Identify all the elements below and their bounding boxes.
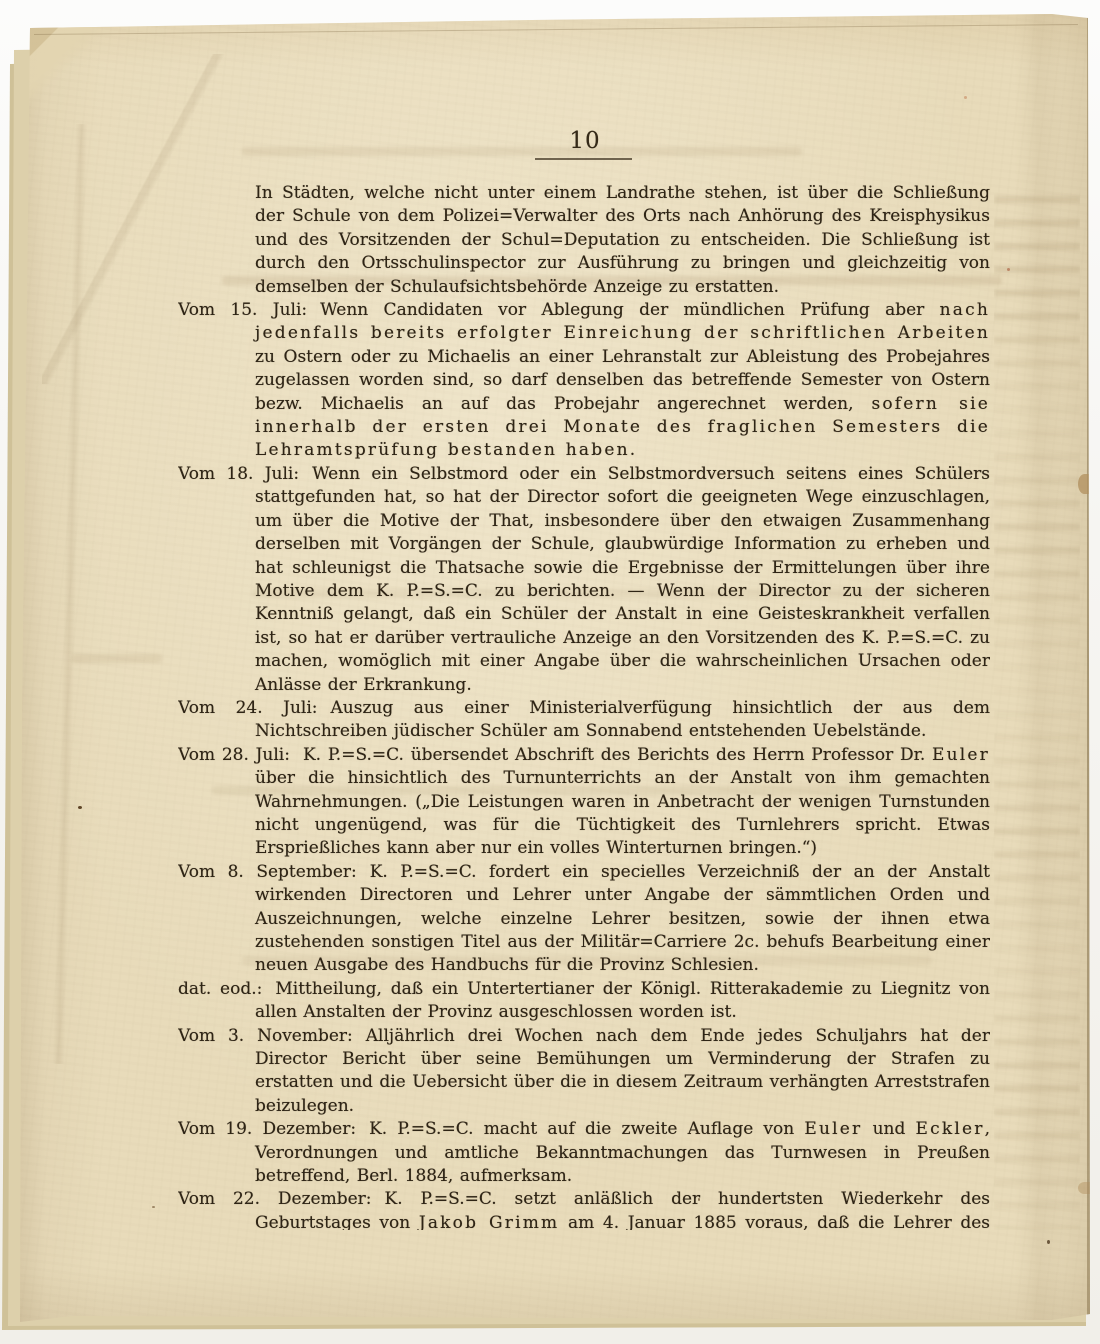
foxing-speck — [964, 96, 967, 99]
entry-date-label: Vom 18. Juli: — [178, 464, 299, 484]
register-entry: Vom 19. Dezember:K. P.=S.=C. macht auf d… — [178, 1118, 990, 1188]
entry-text: Alljährlich drei Wochen nach dem Ende je… — [255, 1026, 990, 1116]
scan-background: 10 In Städten, welche nicht unter einem … — [0, 0, 1100, 1344]
entry-date-label: Vom 8. September: — [178, 862, 357, 882]
entry-text: Euler — [932, 745, 990, 765]
edge-notch — [1078, 1182, 1091, 1194]
entry-text: Mittheilung, daß ein Untertertianer der … — [255, 979, 990, 1022]
text-block: In Städten, welche nicht unter einem Lan… — [178, 182, 990, 1230]
top-crease — [34, 24, 1078, 35]
foxing-speck — [152, 1206, 155, 1208]
register-entry: Vom 28. Juli:K. P.=S.=C. übersendet Absc… — [178, 744, 990, 861]
entry-text: K. P.=S.=C. macht auf die zweite Auflage… — [369, 1119, 804, 1139]
entry-date-label: Vom 22. Dezember: — [178, 1189, 372, 1209]
register-entry: Vom 22. Dezember:K. P.=S.=C. setzt anläß… — [178, 1188, 990, 1230]
register-entry: In Städten, welche nicht unter einem Lan… — [178, 182, 990, 299]
page-number-rule — [535, 158, 632, 160]
verso-showthrough-line — [72, 654, 162, 663]
entry-date-label: Vom 24. Juli: — [178, 698, 318, 718]
page-right-edge — [1087, 16, 1090, 1320]
entry-text: K. P.=S.=C. übersendet Abschrift des Ber… — [303, 745, 932, 765]
register-entry: Vom 24. Juli:Auszug aus einer Ministeria… — [178, 697, 990, 744]
entry-date-label: dat. eod.: — [178, 979, 262, 999]
entry-text: Auszug aus einer Ministerialverfügung hi… — [255, 698, 990, 741]
binding-shade — [1014, 14, 1062, 1324]
entry-date-label: Vom 19. Dezember: — [178, 1119, 356, 1139]
register-entry: Vom 8. September:K. P.=S.=C. fordert ein… — [178, 861, 990, 978]
entry-text: Wenn ein Selbstmord oder ein Selbstmordv… — [255, 464, 990, 695]
entry-text: Euler — [804, 1119, 862, 1139]
document-page: 10 In Städten, welche nicht unter einem … — [12, 14, 1090, 1324]
foxing-speck — [78, 806, 82, 809]
entry-text: K. P.=S.=C. fordert ein specielles Verze… — [255, 862, 990, 976]
entry-text: Eckler — [916, 1119, 985, 1139]
entry-date-label: Vom 28. Juli: — [178, 745, 290, 765]
register-entry: Vom 3. November:Alljährlich drei Wochen … — [178, 1025, 990, 1119]
entry-text: über die hinsichtlich des Turnunterricht… — [255, 768, 990, 858]
entry-text: Jakob Grimm — [419, 1213, 560, 1230]
entry-text: und — [862, 1119, 915, 1139]
foxing-speck — [1047, 1240, 1050, 1244]
entry-text: In Städten, welche nicht unter einem Lan… — [255, 183, 990, 297]
edge-notch — [1078, 474, 1091, 494]
entry-date-label: Vom 15. Juli: — [178, 300, 307, 320]
register-entry: Vom 15. Juli:Wenn Candidaten vor Ablegun… — [178, 299, 990, 463]
register-entry: Vom 18. Juli:Wenn ein Selbstmord oder ei… — [178, 463, 990, 697]
register-entry: dat. eod.:Mittheilung, daß ein Untertert… — [178, 978, 990, 1025]
page-number: 10 — [12, 128, 1090, 160]
entry-text: Wenn Candidaten vor Ablegung der mündlic… — [320, 300, 939, 320]
foxing-speck — [1007, 268, 1010, 271]
entry-date-label: Vom 3. November: — [178, 1026, 353, 1046]
page-number-text: 10 — [569, 128, 600, 154]
